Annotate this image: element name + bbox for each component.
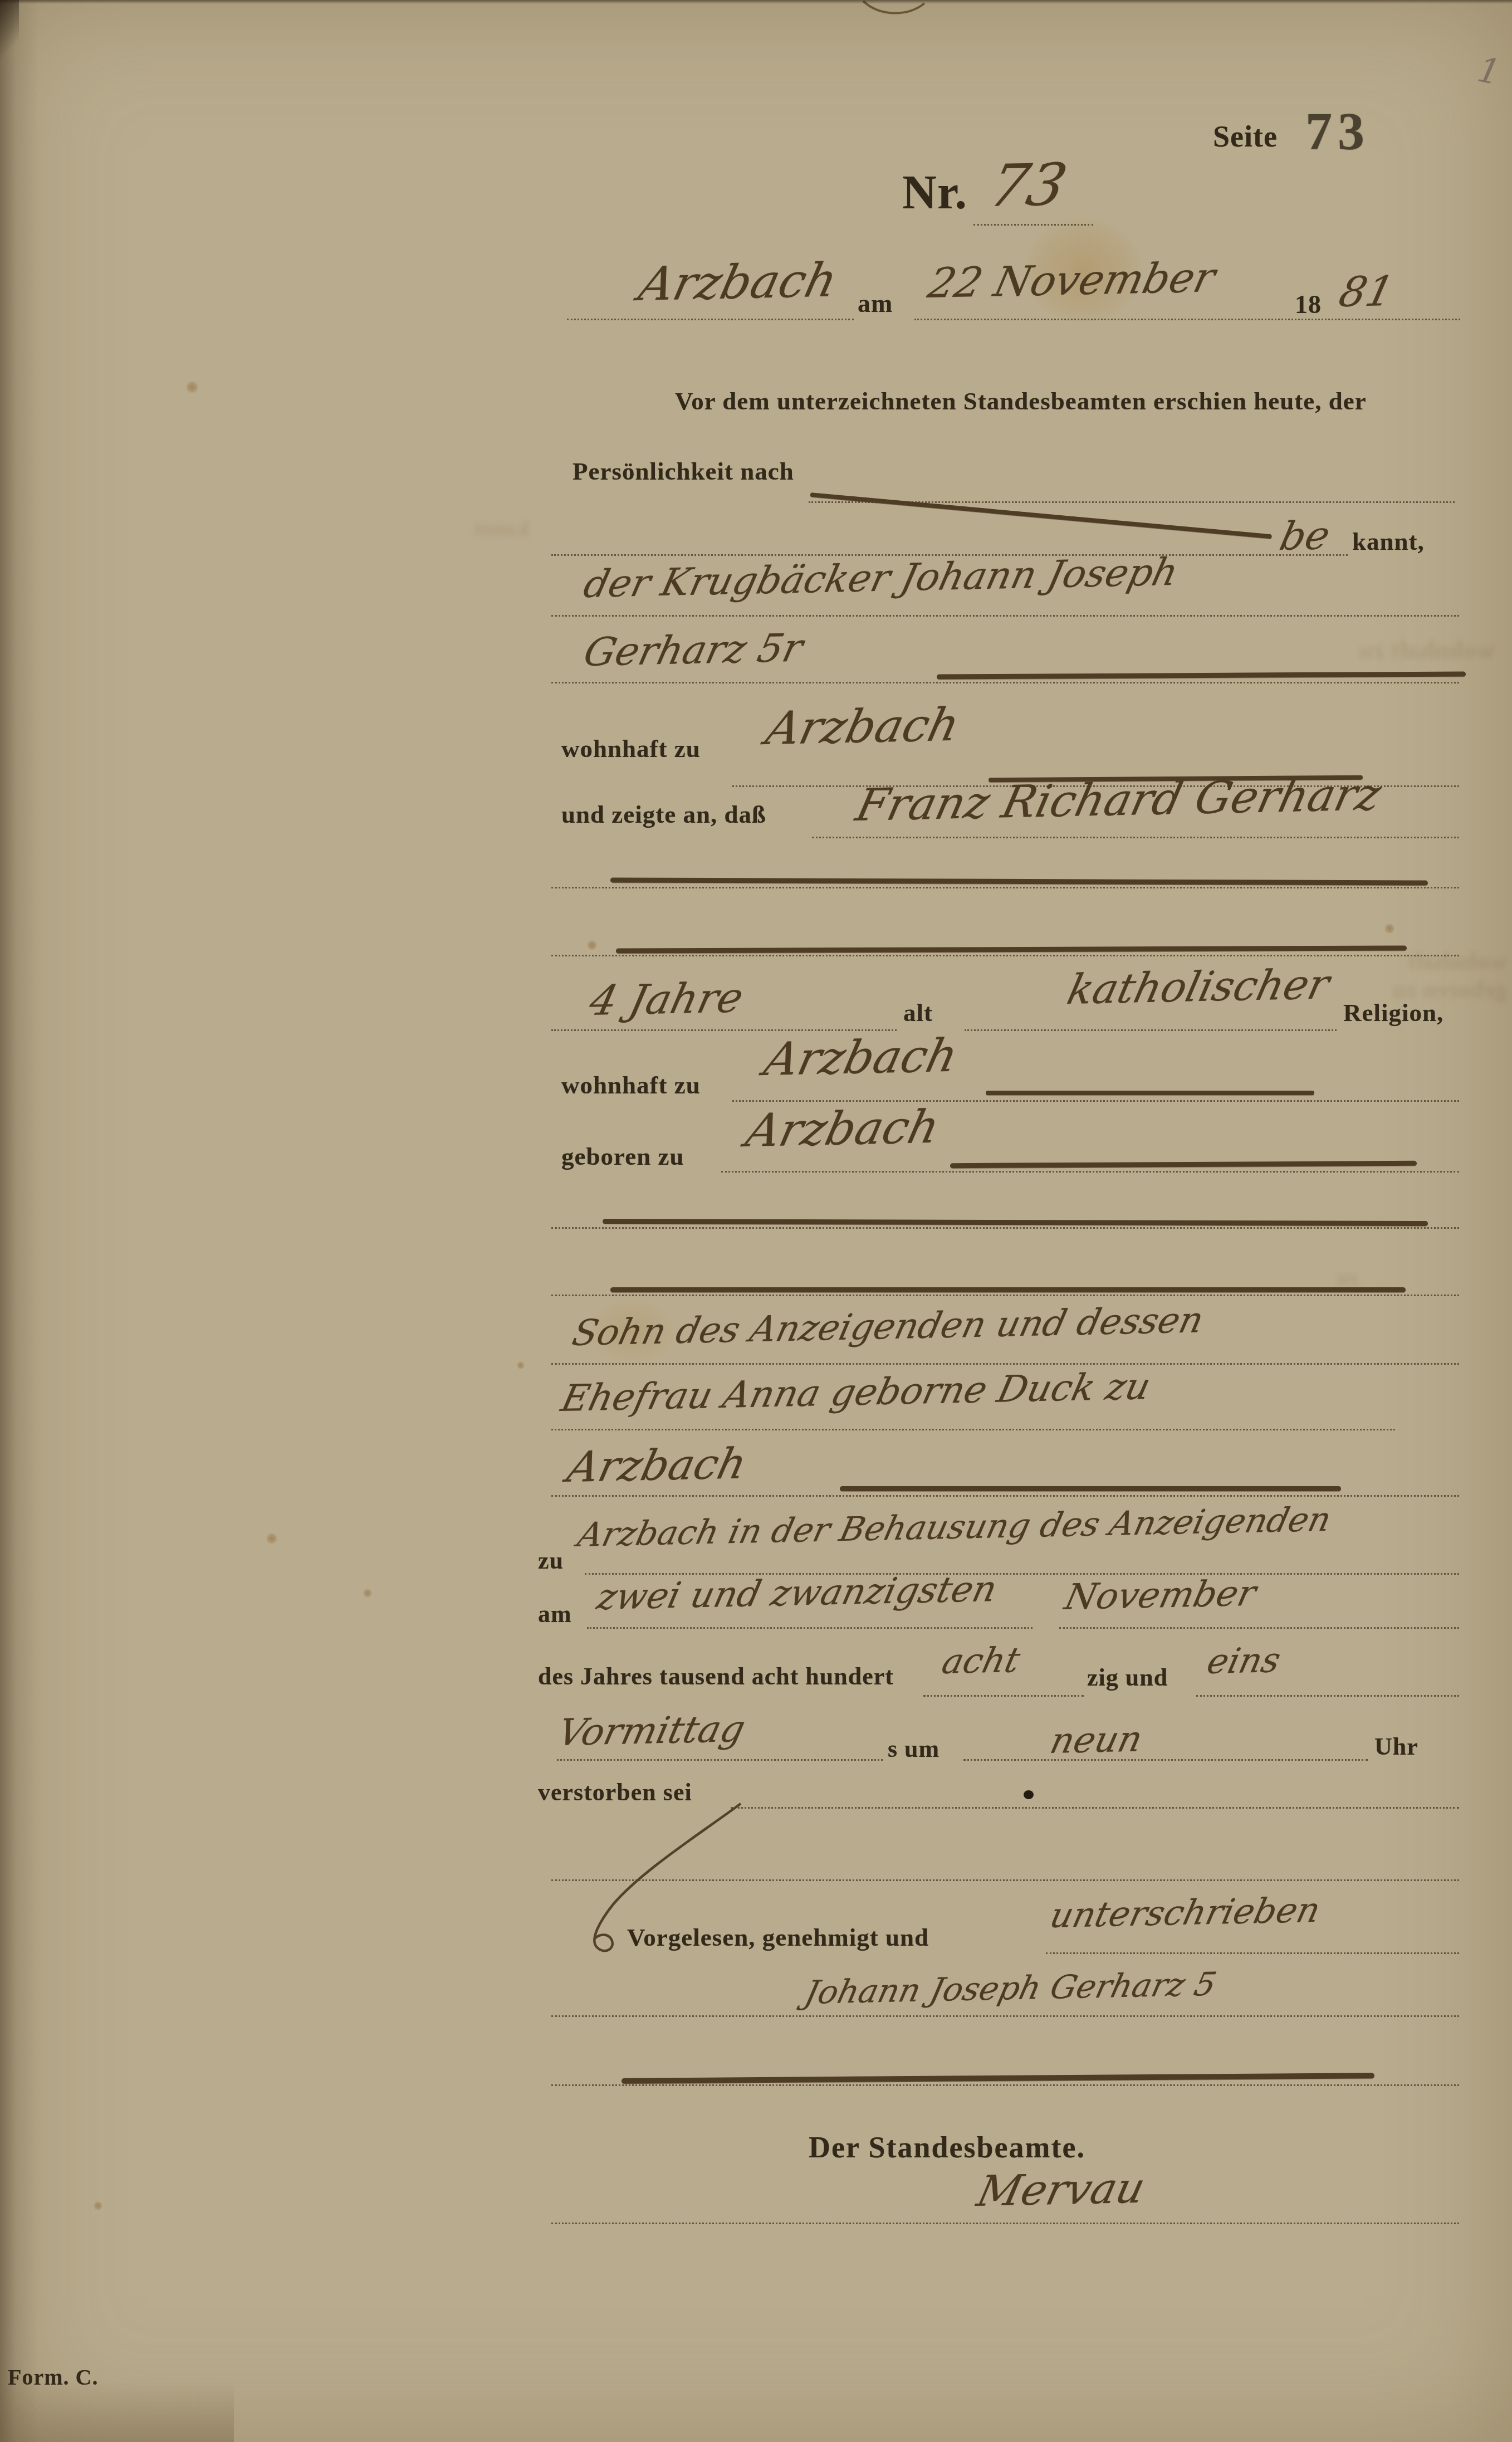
- foxing-spot: [266, 1533, 277, 1544]
- rule: [551, 887, 1459, 888]
- foxing-spot: [1384, 924, 1394, 934]
- alt-label: alt: [903, 1000, 933, 1025]
- rule: [551, 2223, 1459, 2224]
- page-bottom-shadow: [0, 2381, 234, 2442]
- known-hand: be: [1276, 516, 1334, 556]
- rule: [965, 1029, 1337, 1031]
- bleed-through-text: zu: [1337, 1264, 1359, 1291]
- rule: [1046, 1952, 1459, 1954]
- deceased-residence-label: wohnhaft zu: [561, 1073, 701, 1098]
- rule: [587, 1627, 1033, 1629]
- registration-place: Arzbach: [635, 257, 841, 307]
- rule: [963, 1759, 1368, 1761]
- report-label: und zeigte an, daß: [561, 802, 766, 827]
- foxing-spot: [587, 940, 597, 950]
- rule: [551, 1029, 897, 1031]
- rule: [551, 1429, 1395, 1430]
- death-place-line: Arzbach in der Behausung des Anzeigenden: [575, 1503, 1334, 1552]
- zig-und-label: zig und: [1087, 1666, 1168, 1690]
- informant-signature: Johann Joseph Gerharz 5: [802, 1968, 1219, 2009]
- fill-stroke: [937, 672, 1466, 680]
- rule: [551, 1363, 1459, 1365]
- cancel-stroke: [622, 2073, 1374, 2083]
- year-prefix: 18: [1295, 292, 1322, 318]
- death-year-tens: acht: [939, 1643, 1023, 1679]
- bleed-through-text: wohnhaft zu: [1359, 635, 1495, 665]
- religion-label: Religion,: [1343, 1000, 1444, 1025]
- known-printed: kannt,: [1352, 529, 1425, 554]
- rule: [551, 1227, 1459, 1229]
- page-number-stamp: 73: [1305, 105, 1370, 158]
- death-year-ones: eins: [1204, 1643, 1284, 1679]
- cancel-stroke: [810, 492, 1272, 539]
- personality-label: Persönlichkeit nach: [572, 459, 794, 484]
- rule: [551, 1295, 1459, 1296]
- foxing-spot: [363, 1589, 372, 1598]
- foxing-spot: [186, 381, 198, 393]
- family-line2: Ehefrau Anna geborne Duck zu: [558, 1368, 1154, 1417]
- am-label: am: [858, 291, 893, 316]
- page-number-label: Seite: [1213, 121, 1278, 152]
- rule: [557, 1759, 883, 1761]
- rule: [721, 1171, 1459, 1173]
- birthplace-label: geboren zu: [561, 1144, 684, 1169]
- intro-line: Vor dem unterzeichneten Standesbeamten e…: [675, 389, 1367, 414]
- fill-stroke: [950, 1161, 1417, 1168]
- registration-day-month: 22 November: [924, 257, 1219, 304]
- record-number-label: Nr.: [902, 168, 967, 216]
- rule: [812, 837, 1459, 838]
- rule: [1059, 1627, 1459, 1629]
- cancel-stroke: [616, 946, 1407, 954]
- rule: [567, 319, 854, 320]
- death-hour: neun: [1047, 1722, 1146, 1759]
- death-register-page: wohnhaft zu wohnhaftgeboren zu kannt zu …: [0, 0, 1512, 2442]
- bleed-through-text: kannt: [473, 515, 529, 541]
- rule: [551, 2015, 1459, 2017]
- record-number-value: 73: [985, 155, 1072, 215]
- death-am-label: am: [538, 1602, 572, 1627]
- informant-name-line2: Gerharz 5r: [580, 628, 806, 672]
- fill-stroke: [840, 1486, 1341, 1491]
- death-daypart: Vormittag: [555, 1711, 748, 1751]
- fill-stroke: [986, 1091, 1314, 1095]
- registrar-label: Der Standesbeamte.: [809, 2132, 1085, 2162]
- pencil-corner-mark: 1: [1475, 52, 1503, 90]
- rule: [551, 615, 1459, 617]
- deceased-age: 4 Jahre: [586, 977, 747, 1022]
- zu-label: zu: [538, 1549, 564, 1573]
- deceased-religion: katholischer: [1064, 964, 1333, 1010]
- year-suffix: 81: [1335, 271, 1398, 313]
- birthplace: Arzbach: [742, 1105, 943, 1154]
- family-line3: Arzbach: [564, 1442, 751, 1488]
- rule: [923, 1695, 1084, 1697]
- informant-name-line1: der Krugbäcker Johann Joseph: [580, 554, 1181, 604]
- death-day: zwei und zwanzigsten: [594, 1571, 1000, 1615]
- rule: [551, 682, 1459, 683]
- approval-word: unterschrieben: [1047, 1893, 1324, 1933]
- rule: [731, 1807, 1459, 1809]
- cancel-stroke: [610, 877, 1428, 885]
- deceased-residence: Arzbach: [760, 1033, 962, 1083]
- registrar-signature: Mervau: [973, 2167, 1149, 2213]
- rule: [914, 319, 1460, 320]
- cancel-stroke: [610, 1287, 1406, 1292]
- death-month: November: [1061, 1576, 1259, 1615]
- pen-flourish-top: [858, 0, 947, 20]
- ink-blot: [1024, 1790, 1034, 1799]
- rule: [973, 224, 1093, 226]
- rule: [551, 1495, 1459, 1497]
- cancel-stroke: [603, 1219, 1428, 1226]
- page-corner-shadow: [0, 0, 19, 67]
- informant-residence: Arzbach: [762, 702, 963, 752]
- uhr-label: Uhr: [1374, 1735, 1418, 1759]
- foxing-spot: [517, 1361, 525, 1369]
- s-um-label: s um: [888, 1737, 940, 1761]
- death-year-label: des Jahres tausend acht hundert: [538, 1664, 894, 1689]
- family-line1: Sohn des Anzeigenden und dessen: [569, 1302, 1207, 1351]
- rule: [551, 2084, 1459, 2086]
- vorgelesen-label: Vorgelesen, genehmigt und: [627, 1925, 929, 1950]
- form-code: Form. C.: [8, 2366, 98, 2389]
- foxing-spot: [94, 2201, 102, 2210]
- rule: [732, 1100, 1459, 1102]
- deceased-name: Franz Richard Gerharz: [852, 772, 1385, 828]
- informant-residence-label: wohnhaft zu: [561, 736, 701, 761]
- rule: [1196, 1695, 1459, 1697]
- rule: [551, 955, 1459, 956]
